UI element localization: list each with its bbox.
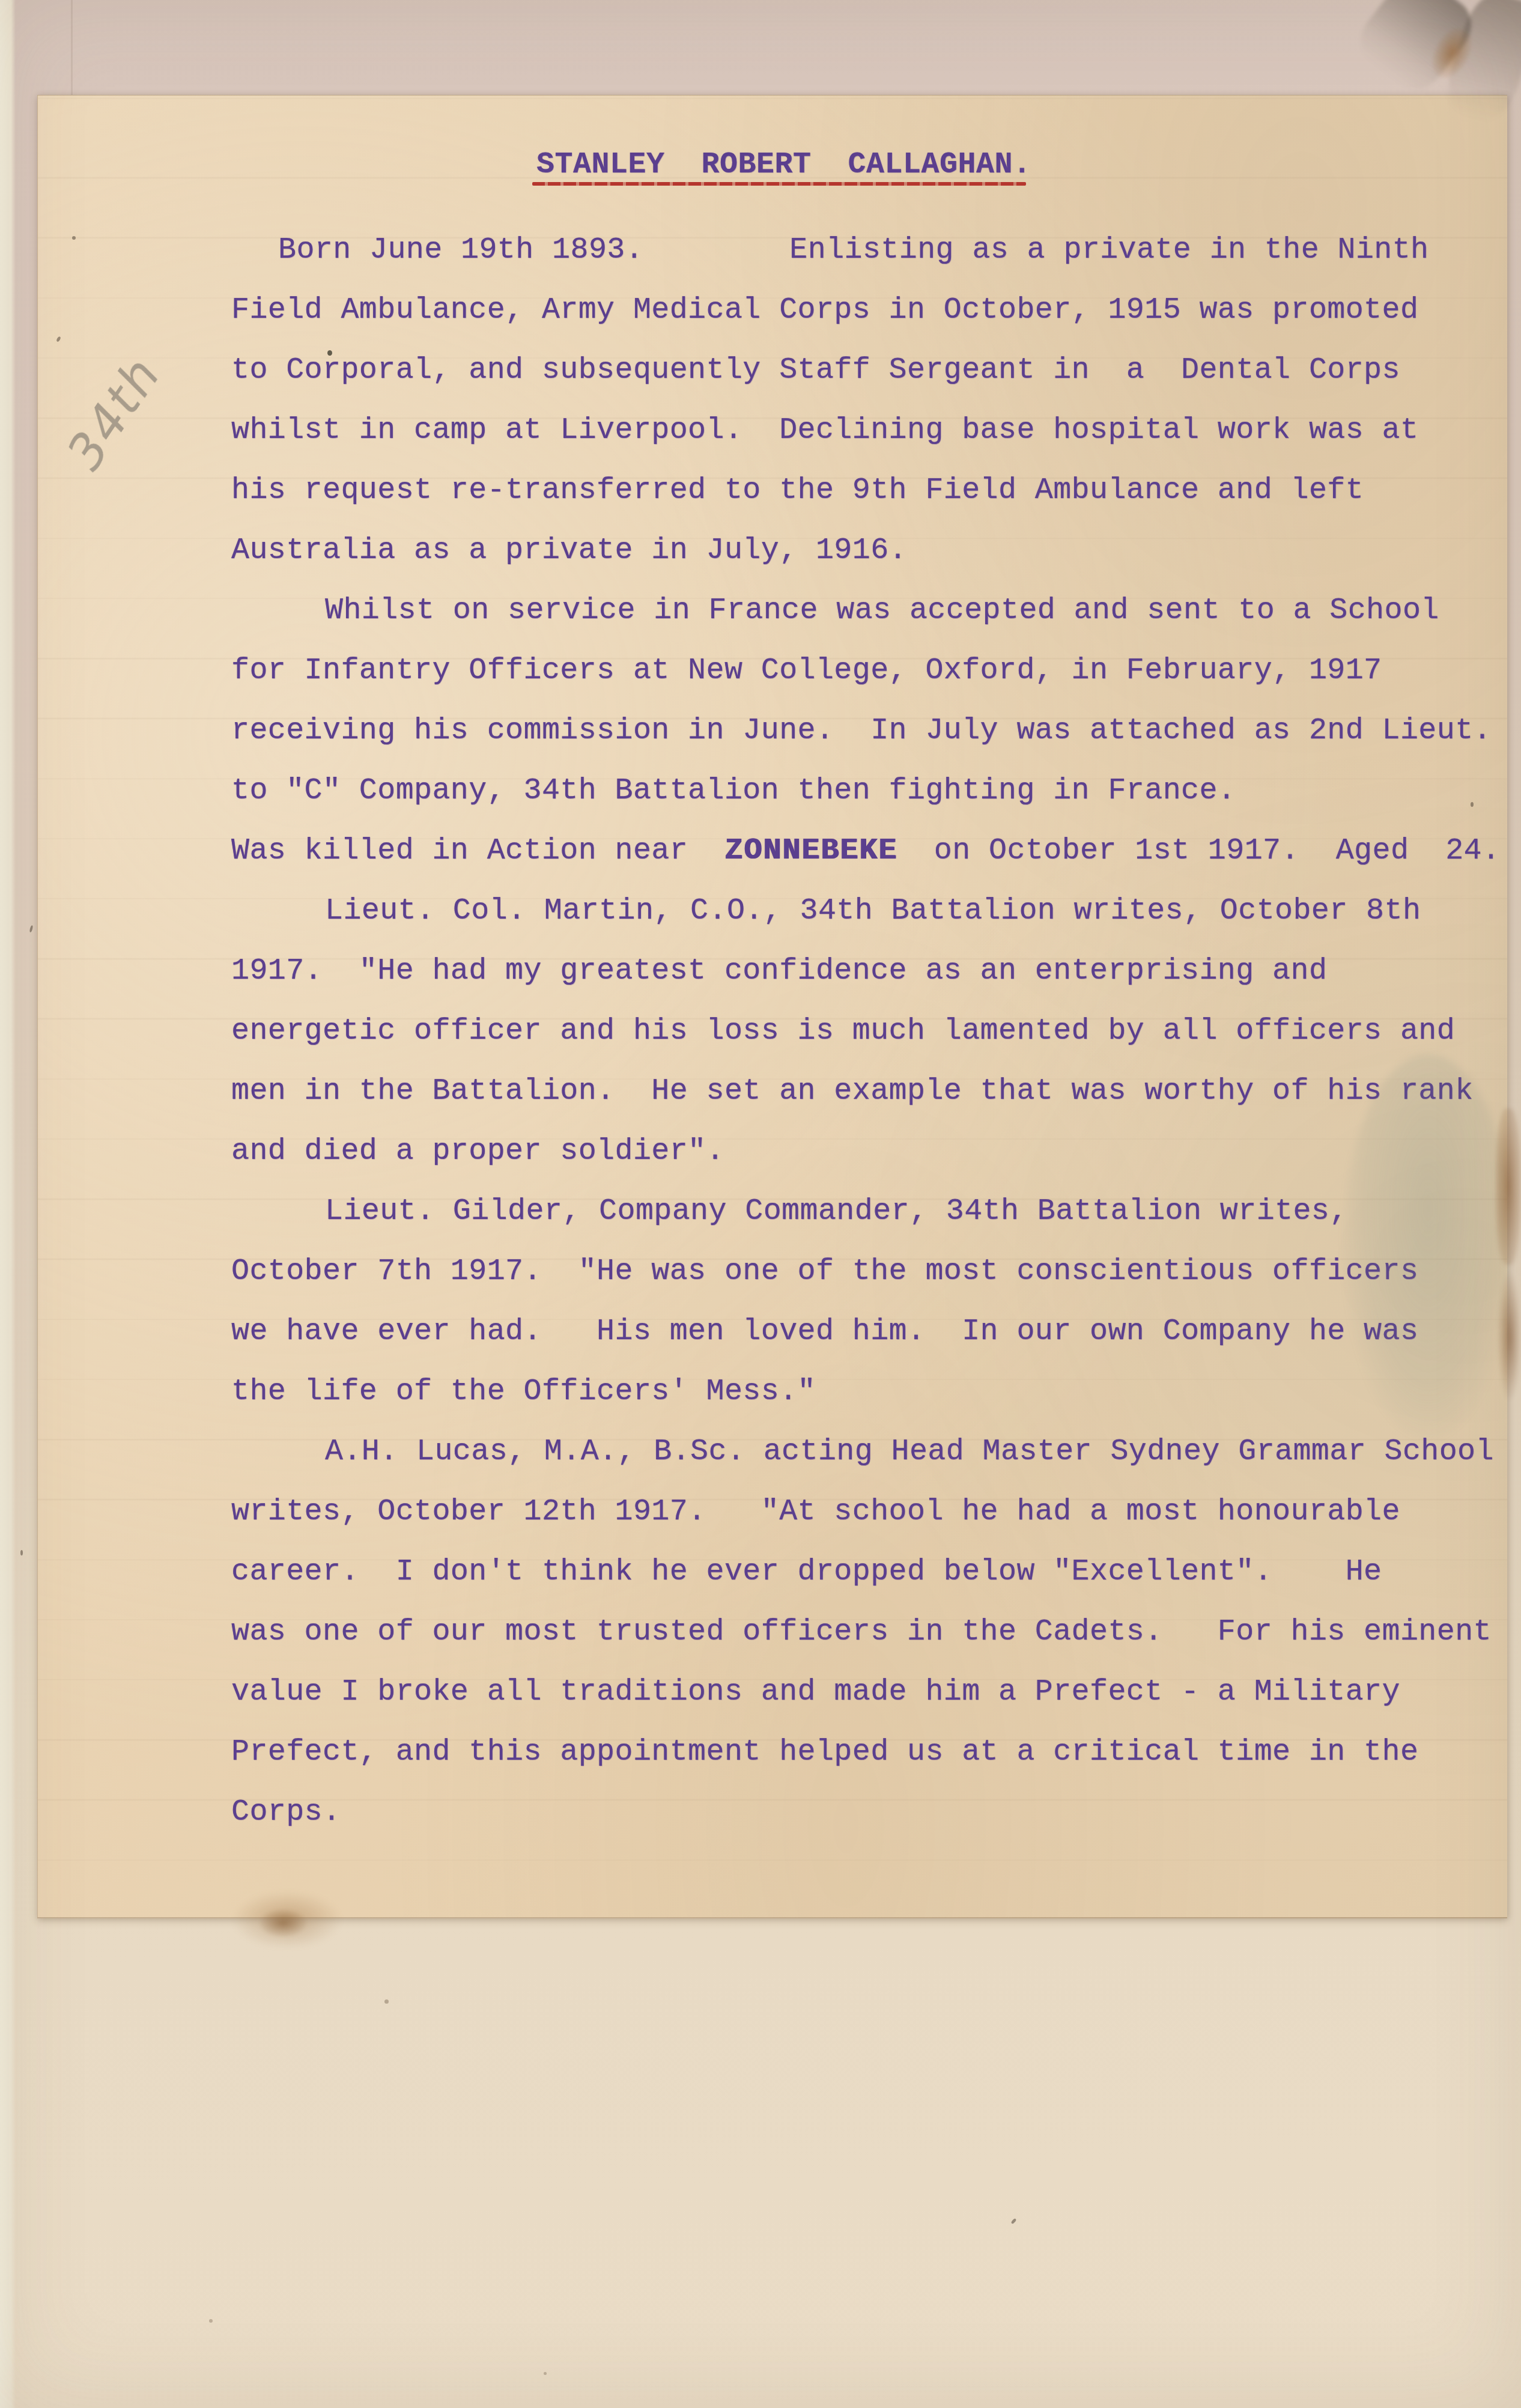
ink-dot bbox=[327, 350, 332, 356]
typed-line: Lieut. Gilder, Company Commander, 34th B… bbox=[231, 1182, 1499, 1242]
line-segment: Was killed in Action near bbox=[231, 834, 724, 868]
corner-smudge-brown bbox=[1424, 20, 1480, 85]
typed-line: his request re-transferred to the 9th Fi… bbox=[231, 461, 1499, 521]
corner-smudge bbox=[1349, 0, 1483, 101]
typed-line: Born June 19th 1893. Enlisting as a priv… bbox=[231, 220, 1499, 281]
typed-line: we have ever had. His men loved him. In … bbox=[231, 1302, 1499, 1362]
typed-line: whilst in camp at Liverpool. Declining b… bbox=[231, 401, 1499, 461]
typed-line: Lieut. Col. Martin, C.O., 34th Battalion… bbox=[231, 881, 1499, 941]
paper-speck bbox=[29, 925, 34, 933]
typed-line-zonnebeke: Was killed in Action near ZONNEBEKE on O… bbox=[231, 821, 1499, 881]
paper-speck bbox=[384, 1999, 389, 2004]
paper-speck bbox=[544, 2372, 547, 2375]
typed-line: and died a proper soldier". bbox=[231, 1122, 1499, 1182]
typed-line: the life of the Officers' Mess." bbox=[231, 1362, 1499, 1422]
typed-line: 1917. "He had my greatest confidence as … bbox=[231, 941, 1499, 1002]
backing-paper-edge bbox=[0, 0, 16, 2408]
typed-line: Prefect, and this appointment helped us … bbox=[231, 1722, 1499, 1783]
typed-line: to Corporal, and subsequently Staff Serg… bbox=[231, 341, 1499, 401]
paper-speck bbox=[72, 236, 76, 240]
document-title: STANLEY ROBERT CALLAGHAN. bbox=[536, 135, 1031, 195]
paper-speck bbox=[209, 2319, 213, 2323]
typed-line: receiving his commission in June. In Jul… bbox=[231, 701, 1499, 761]
paper-speck bbox=[1471, 802, 1474, 807]
typed-line: A.H. Lucas, M.A., B.Sc. acting Head Mast… bbox=[231, 1422, 1499, 1482]
typed-line: men in the Battalion. He set an example … bbox=[231, 1062, 1499, 1122]
paper-speck bbox=[1010, 2218, 1016, 2225]
typed-line: energetic officer and his loss is much l… bbox=[231, 1002, 1499, 1062]
paper-speck bbox=[20, 1550, 23, 1555]
typed-line: career. I don't think he ever dropped be… bbox=[231, 1542, 1499, 1602]
typed-line: Australia as a private in July, 1916. bbox=[231, 521, 1499, 581]
typed-line: Whilst on service in France was accepted… bbox=[231, 581, 1499, 641]
title-red-underline bbox=[532, 182, 1026, 186]
typed-line: was one of our most trusted officers in … bbox=[231, 1602, 1499, 1662]
typed-line: writes, October 12th 1917. "At school he… bbox=[231, 1482, 1499, 1542]
typed-line: value I broke all traditions and made hi… bbox=[231, 1662, 1499, 1722]
typed-line: Field Ambulance, Army Medical Corps in O… bbox=[231, 281, 1499, 341]
line-segment: on October 1st 1917. Aged 24. bbox=[897, 834, 1500, 868]
document-scan: { "document": { "title": { "text": "STAN… bbox=[0, 0, 1521, 2408]
typed-line: Corps. bbox=[231, 1783, 1499, 1843]
typed-line: to "C" Company, 34th Battalion then figh… bbox=[231, 761, 1499, 821]
typed-line: October 7th 1917. "He was one of the mos… bbox=[231, 1242, 1499, 1302]
document-body: Born June 19th 1893. Enlisting as a priv… bbox=[231, 220, 1499, 1843]
typed-line: for Infantry Officers at New College, Ox… bbox=[231, 641, 1499, 701]
place-name-overstruck: ZONNEBEKE bbox=[724, 834, 897, 868]
